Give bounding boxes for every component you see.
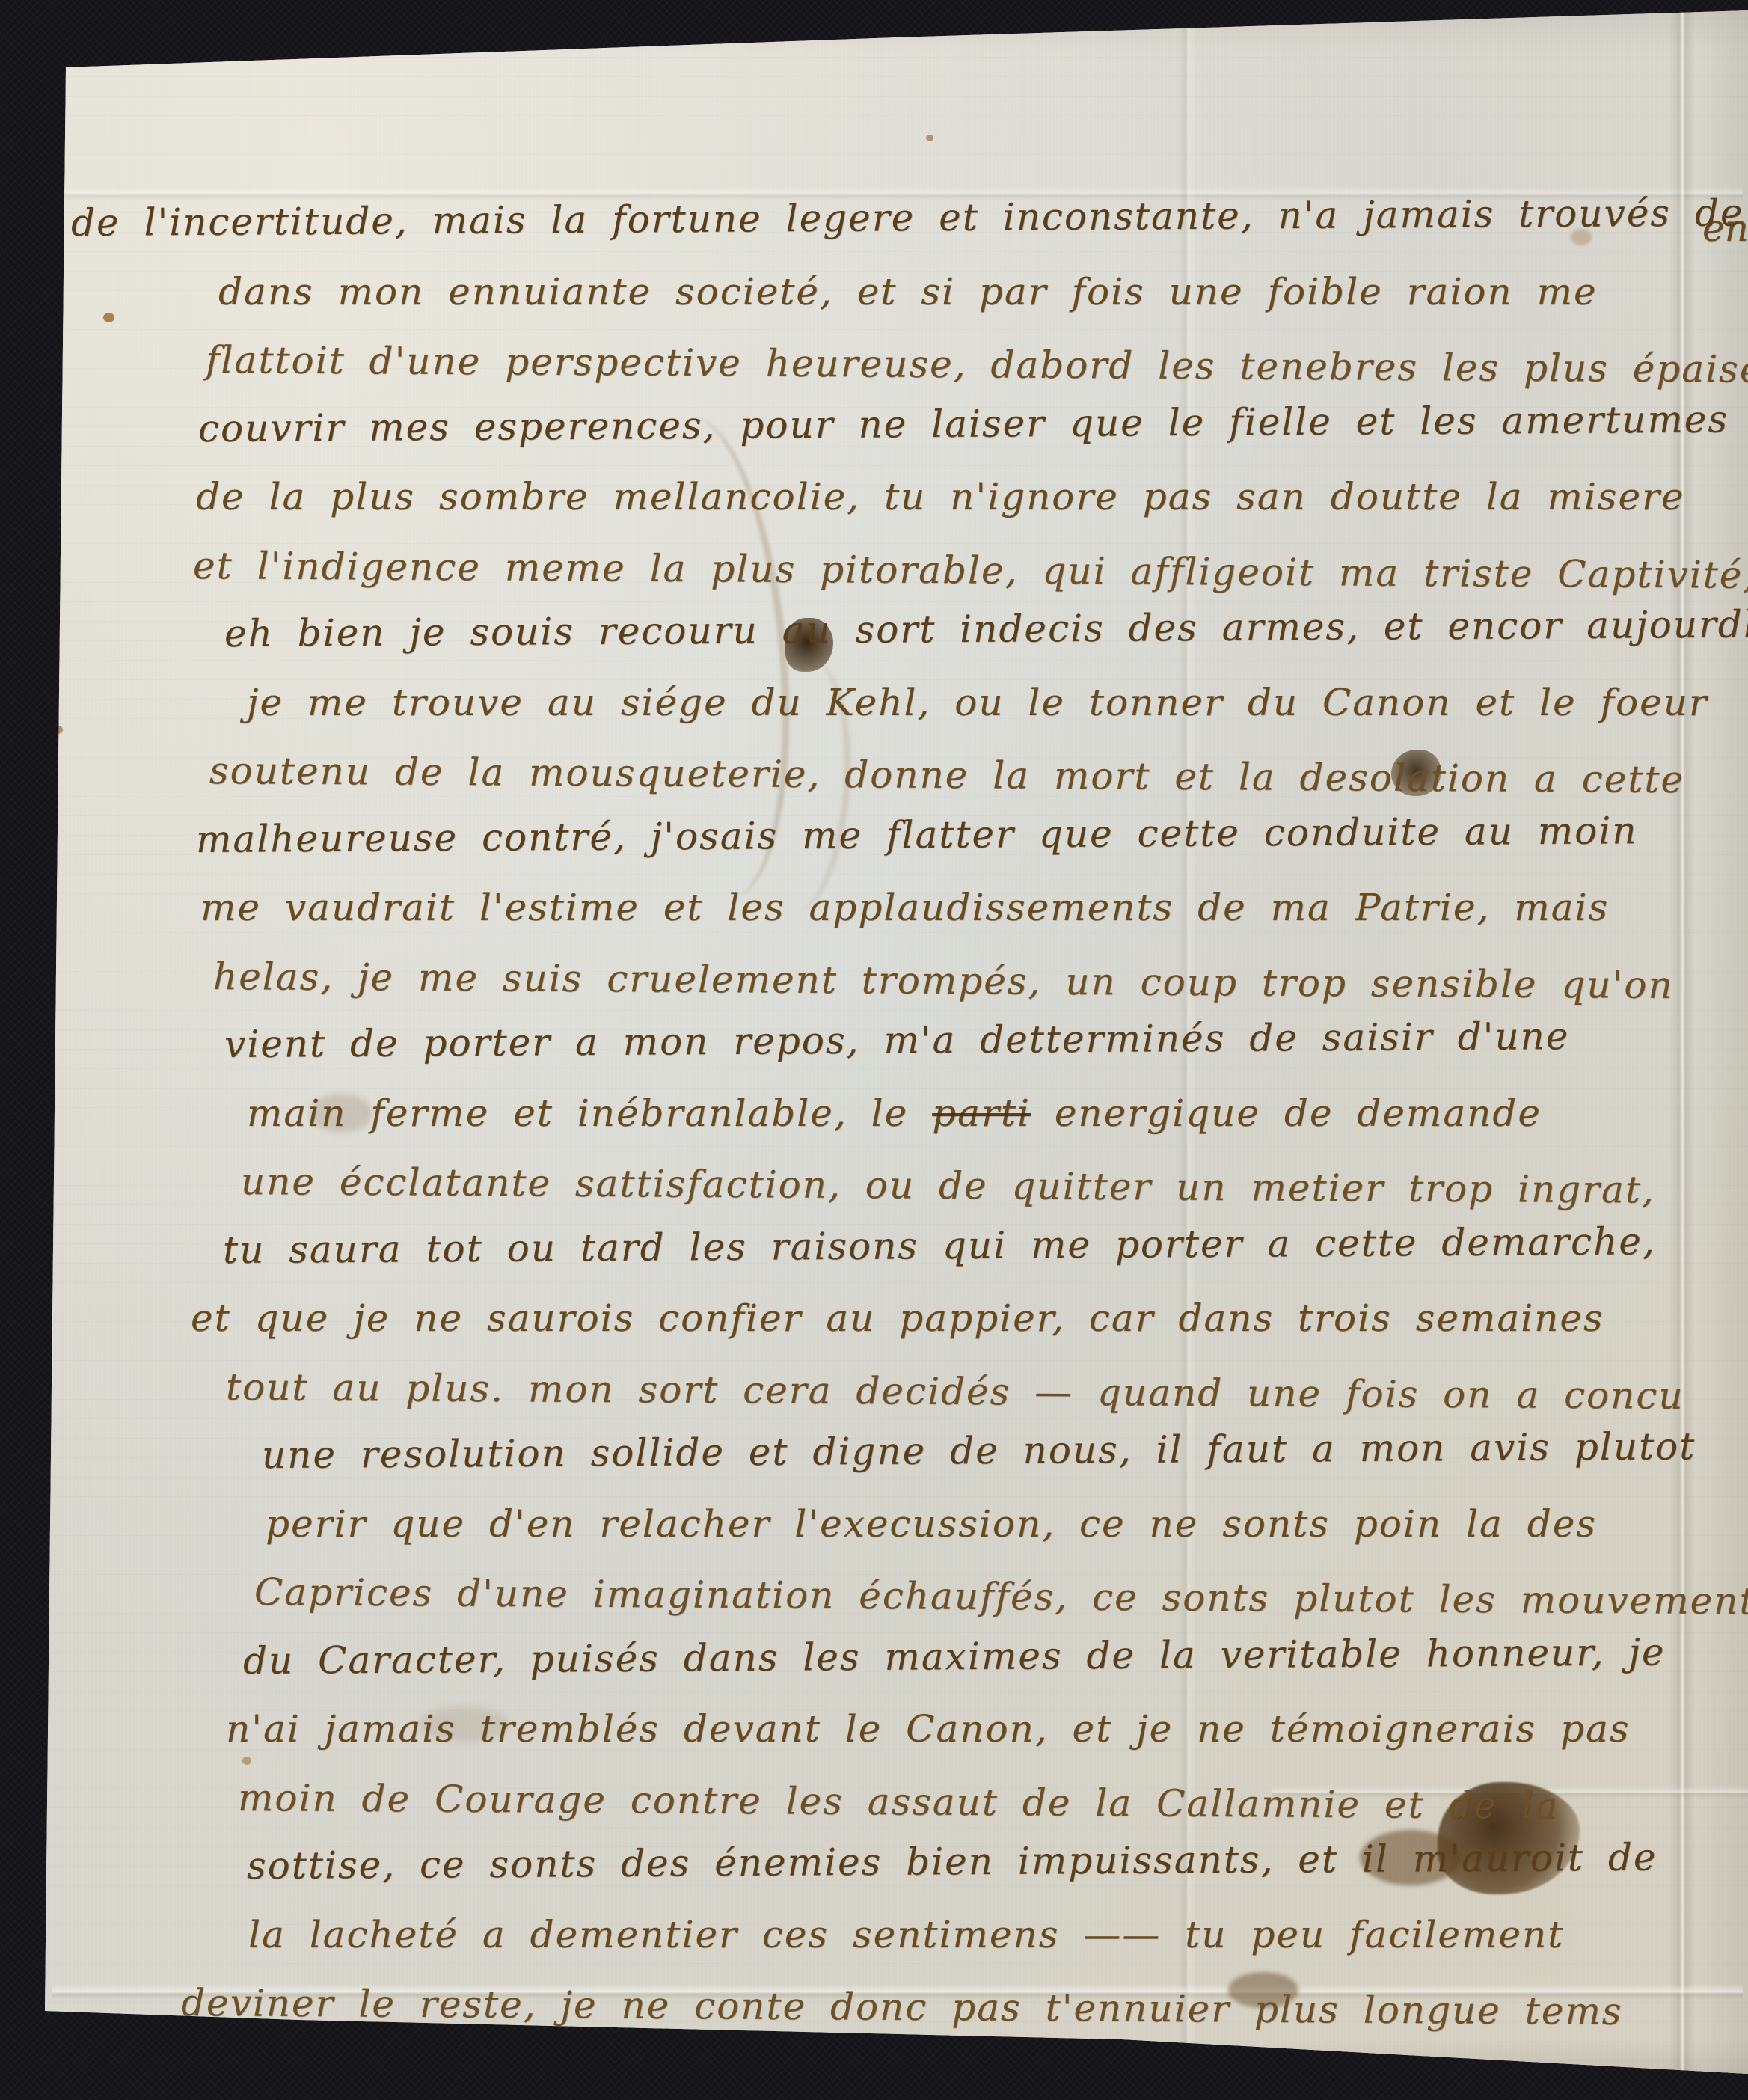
letter-line: la lacheté a dementier ces sentimens —— … <box>248 1912 1564 1957</box>
letter-line: et l'indigence meme la plus pitorable, q… <box>193 543 1748 598</box>
letter-line: tout au plus. mon sort cera decidés — qu… <box>226 1365 1684 1418</box>
letter-line: flattoit d'une perspective heureuse, dab… <box>206 337 1748 392</box>
letter-line: moin de Courage contre les assaut de la … <box>238 1775 1559 1828</box>
rust-speck <box>54 726 63 734</box>
letter-line: sottise, ce sonts des énemies bien impui… <box>247 1834 1657 1888</box>
letter-line: soutenu de la mousqueterie, donne la mor… <box>209 748 1684 802</box>
letter-line: je me trouve au siége du Kehl, ou le ton… <box>247 680 1708 725</box>
letter-line: et que je ne saurois confier au pappier,… <box>191 1296 1604 1341</box>
letter-line: une resolution sollide et digne de nous,… <box>262 1424 1696 1478</box>
letter-line: tu saura tot ou tard les raisons qui me … <box>223 1219 1656 1273</box>
letter-page: en de l'incertitude, mais la fortune leg… <box>0 0 1748 2100</box>
letter-line: eh bien je souis recouru au sort indecis… <box>224 601 1748 656</box>
letter-line: malheureuse contré, j'osais me flatter q… <box>196 808 1638 862</box>
letter-line: deviner le reste, je ne conte donc pas t… <box>181 1980 1623 2034</box>
letter-line: perir que d'en relacher l'execussion, ce… <box>266 1501 1597 1546</box>
letter-line: helas, je me suis cruelement trompés, un… <box>213 954 1674 1008</box>
photo-background: { "document": { "kind": "handwritten let… <box>0 0 1748 2100</box>
fold-crease-vertical-right <box>1669 12 1695 2071</box>
letter-line: couvrir mes esperences, pour ne laiser q… <box>198 397 1729 451</box>
letter-line: dans mon ennuiante societé, et si par fo… <box>218 269 1598 314</box>
letter-line: me vaudrait l'estime et les applaudissem… <box>200 885 1609 930</box>
letter-line: n'ai jamais tremblés devant le Canon, et… <box>226 1706 1631 1751</box>
letter-line: Caprices d'une imagination échauffés, ce… <box>254 1570 1748 1623</box>
rust-speck <box>242 1757 251 1765</box>
letter-line: de la plus sombre mellancolie, tu n'igno… <box>196 474 1685 519</box>
letter-line: main ferme et inébranlable, le parti ene… <box>247 1091 1542 1136</box>
rust-speck <box>103 313 114 322</box>
letter-line: du Caracter, puisés dans les maximes de … <box>243 1629 1666 1683</box>
letter-line: une écclatante sattisfaction, ou de quit… <box>241 1159 1655 1213</box>
rust-speck <box>926 135 933 141</box>
letter-line: vient de porter a mon repos, m'a detterm… <box>224 1014 1570 1067</box>
